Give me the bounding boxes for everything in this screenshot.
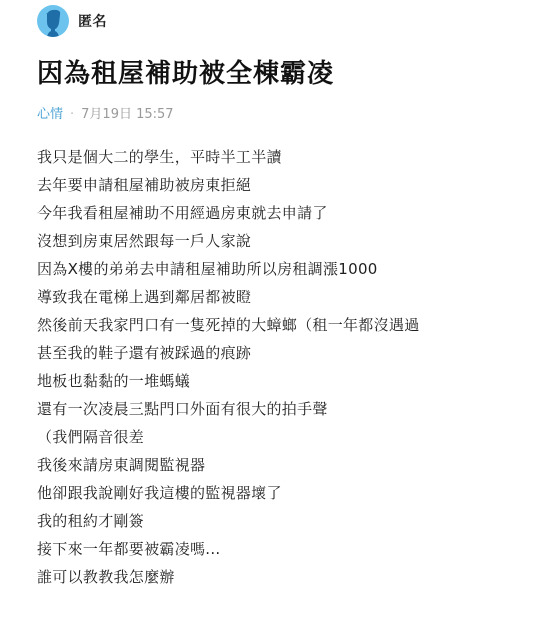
content-line: 導致我在電梯上遇到鄰居都被瞪 bbox=[37, 285, 507, 313]
content-line: 還有一次凌晨三點門口外面有很大的拍手聲 bbox=[37, 397, 507, 425]
content-line: 地板也黏黏的一堆螞蟻 bbox=[37, 369, 507, 397]
content-line: 誰可以教教我怎麼辦 bbox=[37, 565, 507, 593]
content-line: 接下來一年都要被霸凌嗎... bbox=[37, 537, 507, 565]
content-line: （我們隔音很差 bbox=[37, 425, 507, 453]
anonymous-avatar-icon[interactable] bbox=[37, 5, 69, 37]
content-line: 我只是個大二的學生，平時半工半讀 bbox=[37, 145, 507, 173]
content-line: 我的租約才剛簽 bbox=[37, 509, 507, 537]
post-meta: 心情 · 7月19日 15:57 bbox=[37, 106, 174, 124]
author-name: 匿名 bbox=[78, 11, 107, 31]
content-line: 沒想到房東居然跟每一戶人家說 bbox=[37, 229, 507, 257]
post-title: 因為租屋補助被全棟霸凌 bbox=[37, 56, 334, 92]
post-content: 我只是個大二的學生，平時半工半讀 去年要申請租屋補助被房東拒絕 今年我看租屋補助… bbox=[37, 145, 507, 593]
category-link[interactable]: 心情 bbox=[37, 106, 63, 124]
content-line: 去年要申請租屋補助被房東拒絕 bbox=[37, 173, 507, 201]
meta-separator: · bbox=[70, 106, 74, 124]
content-line: 然後前天我家門口有一隻死掉的大蟑螂（租一年都沒遇過 bbox=[37, 313, 507, 341]
content-line: 我後來請房東調閱監視器 bbox=[37, 453, 507, 481]
content-line: 他卻跟我說剛好我這樓的監視器壞了 bbox=[37, 481, 507, 509]
content-line: 今年我看租屋補助不用經過房東就去申請了 bbox=[37, 201, 507, 229]
post-author: 匿名 bbox=[37, 5, 107, 37]
content-line: 甚至我的鞋子還有被踩過的痕跡 bbox=[37, 341, 507, 369]
post-timestamp: 7月19日 15:57 bbox=[81, 106, 173, 124]
content-line: 因為X樓的弟弟去申請租屋補助所以房租調漲1000 bbox=[37, 257, 507, 285]
